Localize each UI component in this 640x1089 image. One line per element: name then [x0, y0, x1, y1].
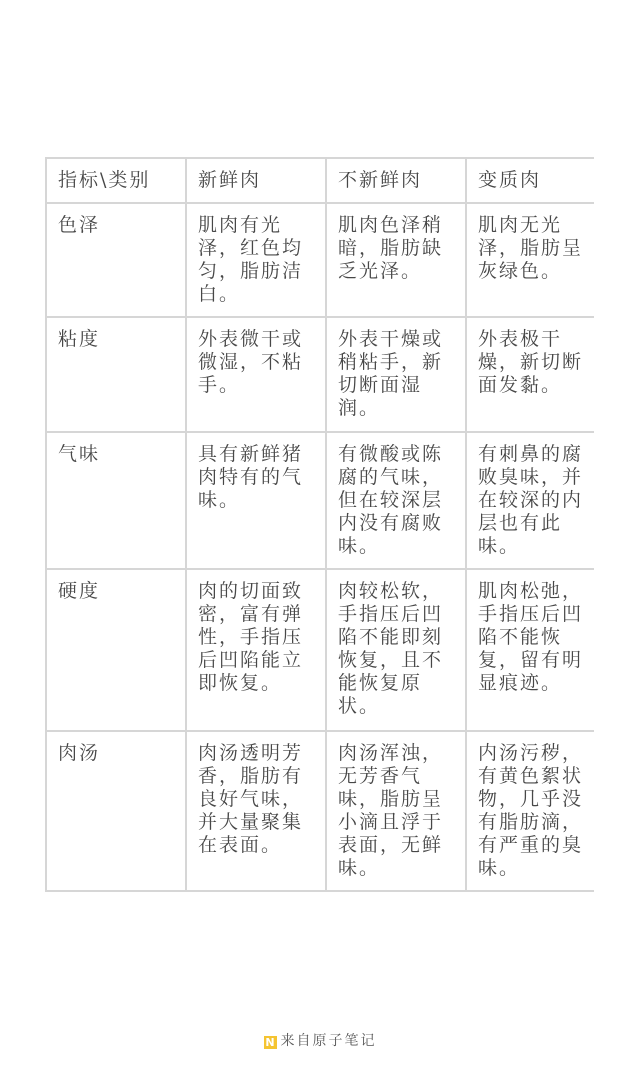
spoiled-cell: 有刺鼻的腐败臭味，并在较深的内层也有此味。: [466, 432, 594, 569]
table-row: 粘度 外表微干或微湿，不粘手。 外表干燥或稍粘手，新切断面湿润。 外表极干燥，新…: [46, 317, 594, 432]
fresh-cell: 外表微干或微湿，不粘手。: [186, 317, 326, 432]
fresh-cell: 肉汤透明芳香，脂肪有良好气味，并大量聚集在表面。: [186, 731, 326, 891]
not-fresh-cell: 有微酸或陈腐的气味，但在较深层内没有腐败味。: [326, 432, 466, 569]
fresh-cell: 肉的切面致密，富有弹性，手指压后凹陷能立即恢复。: [186, 569, 326, 731]
table-container: 指标\类别 新鲜肉 不新鲜肉 变质肉 色泽 肌肉有光泽，红色均匀，脂肪洁白。 肌…: [45, 157, 594, 892]
table-row: 硬度 肉的切面致密，富有弹性，手指压后凹陷能立即恢复。 肉较松软，手指压后凹陷不…: [46, 569, 594, 731]
source-footer: N来自原子笔记: [0, 1030, 640, 1050]
table-row: 肉汤 肉汤透明芳香，脂肪有良好气味，并大量聚集在表面。 肉汤浑浊，无芳香气味，脂…: [46, 731, 594, 891]
table-header-row: 指标\类别 新鲜肉 不新鲜肉 变质肉: [46, 158, 594, 203]
indicator-cell: 硬度: [46, 569, 186, 731]
table-row: 色泽 肌肉有光泽，红色均匀，脂肪洁白。 肌肉色泽稍暗，脂肪缺乏光泽。 肌肉无光泽…: [46, 203, 594, 317]
header-fresh-meat: 新鲜肉: [186, 158, 326, 203]
header-indicator-category: 指标\类别: [46, 158, 186, 203]
indicator-cell: 粘度: [46, 317, 186, 432]
fresh-cell: 具有新鲜猪肉特有的气味。: [186, 432, 326, 569]
indicator-cell: 肉汤: [46, 731, 186, 891]
spoiled-cell: 肌肉无光泽，脂肪呈灰绿色。: [466, 203, 594, 317]
not-fresh-cell: 外表干燥或稍粘手，新切断面湿润。: [326, 317, 466, 432]
header-not-fresh-meat: 不新鲜肉: [326, 158, 466, 203]
not-fresh-cell: 肉较松软，手指压后凹陷不能即刻恢复，且不能恢复原状。: [326, 569, 466, 731]
notes-app-logo-icon: N: [264, 1036, 277, 1049]
indicator-cell: 色泽: [46, 203, 186, 317]
fresh-cell: 肌肉有光泽，红色均匀，脂肪洁白。: [186, 203, 326, 317]
indicator-cell: 气味: [46, 432, 186, 569]
header-spoiled-meat: 变质肉: [466, 158, 594, 203]
not-fresh-cell: 肉汤浑浊，无芳香气味，脂肪呈小滴且浮于表面，无鲜味。: [326, 731, 466, 891]
spoiled-cell: 外表极干燥，新切断面发黏。: [466, 317, 594, 432]
not-fresh-cell: 肌肉色泽稍暗，脂肪缺乏光泽。: [326, 203, 466, 317]
table-row: 气味 具有新鲜猪肉特有的气味。 有微酸或陈腐的气味，但在较深层内没有腐败味。 有…: [46, 432, 594, 569]
spoiled-cell: 内汤污秽，有黄色絮状物，几乎没有脂肪滴，有严重的臭味。: [466, 731, 594, 891]
pork-freshness-table: 指标\类别 新鲜肉 不新鲜肉 变质肉 色泽 肌肉有光泽，红色均匀，脂肪洁白。 肌…: [45, 157, 594, 892]
source-text: 来自原子笔记: [281, 1033, 377, 1049]
spoiled-cell: 肌肉松弛，手指压后凹陷不能恢复，留有明显痕迹。: [466, 569, 594, 731]
